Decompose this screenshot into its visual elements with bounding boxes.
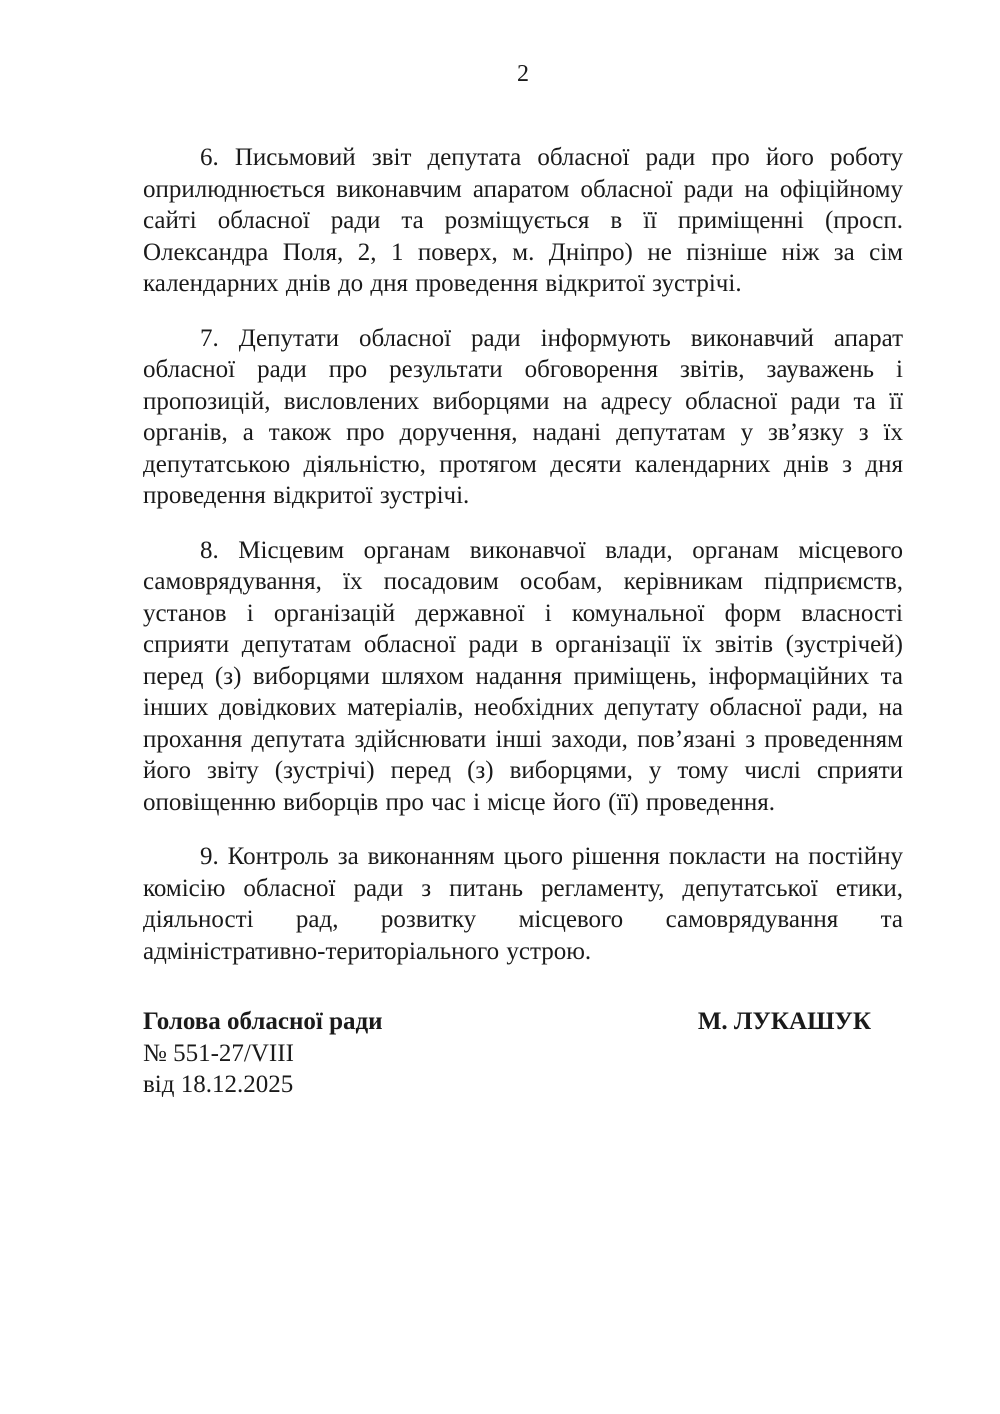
paragraph-6: 6. Письмовий звіт депутата обласної ради… bbox=[143, 142, 903, 300]
paragraph-8: 8. Місцевим органам виконавчої влади, ор… bbox=[143, 535, 903, 819]
signatory-name: М. ЛУКАШУК bbox=[698, 1006, 871, 1038]
signature-block: Голова обласної ради М. ЛУКАШУК № 551-27… bbox=[143, 1006, 903, 1101]
paragraph-7: 7. Депутати обласної ради інформують вик… bbox=[143, 323, 903, 512]
paragraph-9: 9. Контроль за виконанням цього рішення … bbox=[143, 841, 903, 967]
document-page: 2 6. Письмовий звіт депутата обласної ра… bbox=[0, 0, 1000, 1414]
page-number: 2 bbox=[143, 58, 903, 90]
signatory-title: Голова обласної ради bbox=[143, 1006, 383, 1038]
document-body: 6. Письмовий звіт депутата обласної ради… bbox=[143, 142, 903, 967]
document-date: від 18.12.2025 bbox=[143, 1069, 903, 1101]
signature-row: Голова обласної ради М. ЛУКАШУК bbox=[143, 1006, 903, 1038]
document-number: № 551-27/VIII bbox=[143, 1038, 903, 1070]
